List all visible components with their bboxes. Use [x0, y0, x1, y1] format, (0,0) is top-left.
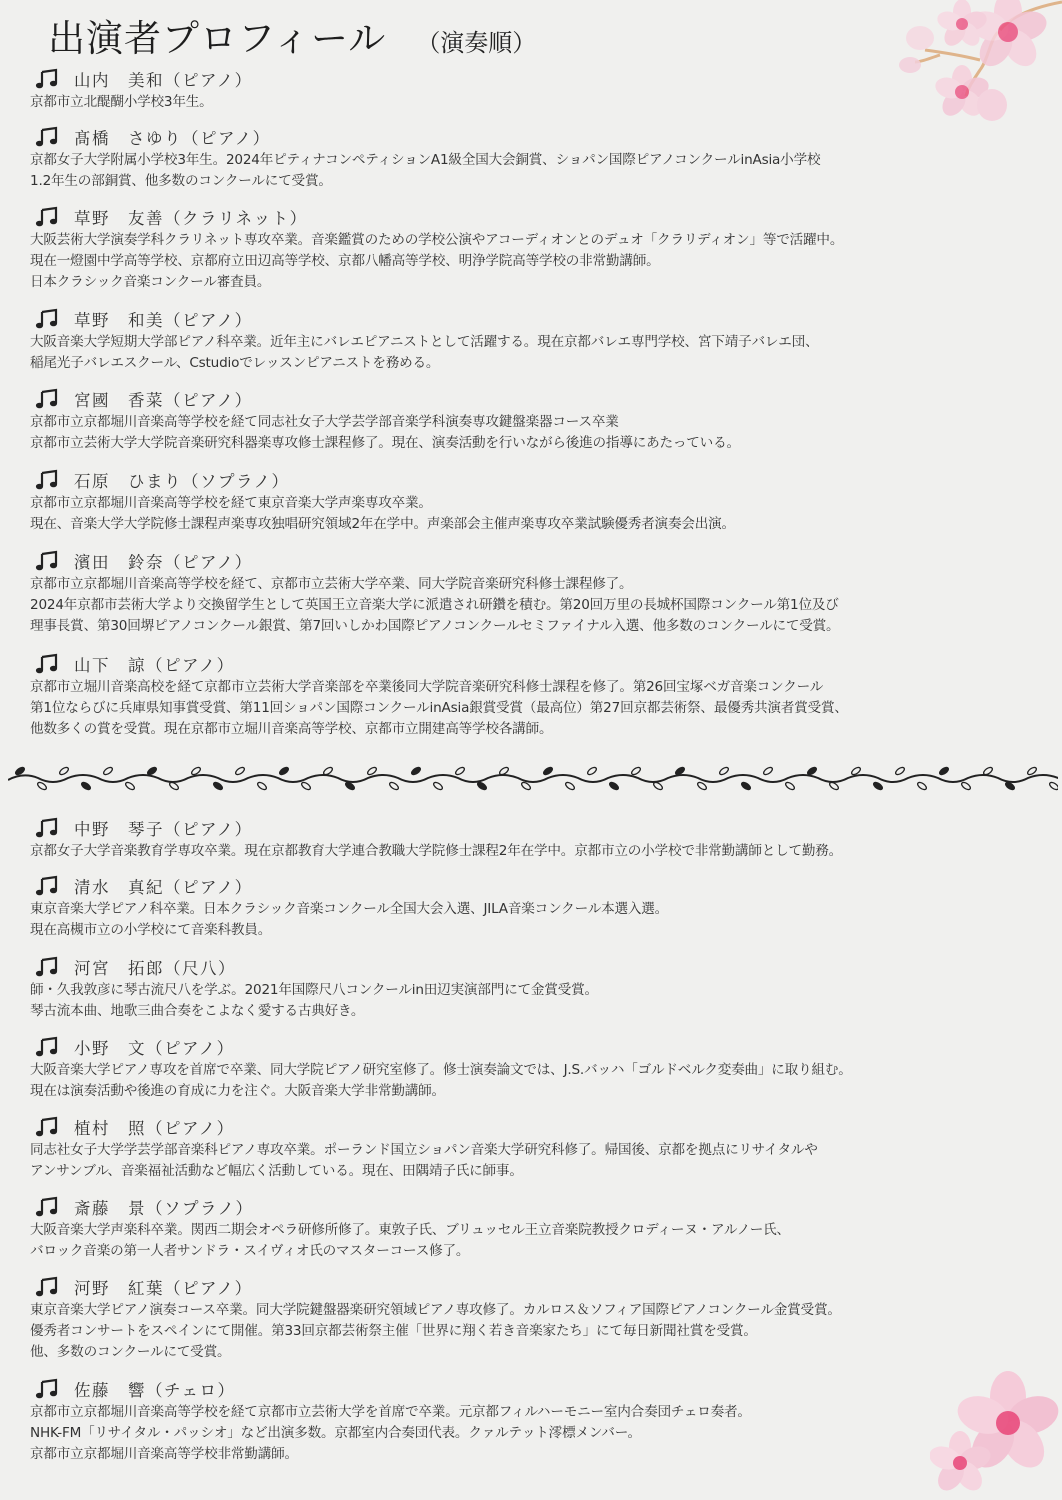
performer-entry: 河宮 拓郎（尺八）師・久我敦彦に琴古流尺八を学ぶ。2021年国際尺八コンクールi…: [30, 954, 1054, 1022]
performer-entry: 髙橋 さゆり（ピアノ）京都女子大学附属小学校3年生。2024年ピティナコンペティ…: [30, 124, 1054, 192]
bio-line: 大阪音楽大学声楽科卒業。関西二期会オペラ研修所修了。東敦子氏、ブリュッセル王立音…: [30, 1220, 1054, 1241]
performer-name: 小野 文（ピアノ）: [74, 1035, 235, 1059]
bio-line: 京都市立堀川音楽高校を経て京都市立芸術大学音楽部を卒業後同大学院音楽研究科修士課…: [30, 677, 1054, 698]
bio-line: NHK-FM「リサイタル・パッシオ」など出演多数。京都室内合奏団代表。クァルテッ…: [30, 1423, 1054, 1444]
bio-line: 京都市立北醍醐小学校3年生。: [30, 92, 1054, 113]
bio-line: 1.2年生の部銅賞、他多数のコンクールにて受賞。: [30, 171, 1054, 192]
performer-bio: 京都市立京都堀川音楽高等学校を経て京都市立芸術大学を首席で卒業。元京都フィルハー…: [30, 1402, 1054, 1465]
performer-header: 清水 真紀（ピアノ）: [30, 873, 1054, 899]
performer-name: 河野 紅葉（ピアノ）: [74, 1275, 253, 1299]
performer-entry: 植村 照（ピアノ）同志社女子大学学芸学部音楽科ピアノ専攻卒業。ポーランド国立ショ…: [30, 1114, 1054, 1182]
music-note-icon: [34, 68, 60, 90]
performer-header: 佐藤 響（チェロ）: [30, 1376, 1054, 1402]
profile-page: 出演者プロフィール （演奏順） 山内 美和（ピアノ）京都市立北醍醐小学校3年生。…: [0, 0, 1062, 1500]
performer-header: 草野 和美（ピアノ）: [30, 306, 1054, 332]
bio-line: バロック音楽の第一人者サンドラ・スイヴィオ氏のマスターコース修了。: [30, 1241, 1054, 1262]
bio-line: 他、多数のコンクールにて受賞。: [30, 1342, 1054, 1363]
music-note-icon: [34, 1378, 60, 1400]
music-note-icon: [34, 956, 60, 978]
performer-entry: 斎藤 景（ソプラノ）大阪音楽大学声楽科卒業。関西二期会オペラ研修所修了。東敦子氏…: [30, 1194, 1054, 1262]
performer-name: 清水 真紀（ピアノ）: [74, 874, 253, 898]
performer-name: 山内 美和（ピアノ）: [74, 67, 253, 91]
bio-line: 京都市立京都堀川音楽高等学校を経て同志社女子大学芸学部音楽学科演奏専攻鍵盤楽器コ…: [30, 412, 1054, 433]
performer-name: 石原 ひまり（ソプラノ）: [74, 468, 290, 492]
performer-bio: 京都市立北醍醐小学校3年生。: [30, 92, 1054, 113]
performer-header: 河宮 拓郎（尺八）: [30, 954, 1054, 980]
bio-line: 現在高槻市立の小学校にて音楽科教員。: [30, 920, 1054, 941]
performer-bio: 大阪芸術大学演奏学科クラリネット専攻卒業。音楽鑑賞のための学校公演やアコーディオ…: [30, 230, 1054, 293]
performer-header: 斎藤 景（ソプラノ）: [30, 1194, 1054, 1220]
performer-entry: 草野 和美（ピアノ）大阪音楽大学短期大学部ピアノ科卒業。近年主にバレエピアニスト…: [30, 306, 1054, 374]
performer-header: 宮國 香菜（ピアノ）: [30, 386, 1054, 412]
performer-entry: 山内 美和（ピアノ）京都市立北醍醐小学校3年生。: [30, 66, 1054, 113]
music-note-icon: [34, 388, 60, 410]
bio-line: 京都市立京都堀川音楽高等学校を経て京都市立芸術大学を首席で卒業。元京都フィルハー…: [30, 1402, 1054, 1423]
bio-line: 京都女子大学音楽教育学専攻卒業。現在京都教育大学連合教職大学院修士課程2年在学中…: [30, 841, 1054, 862]
performer-entry: 石原 ひまり（ソプラノ）京都市立京都堀川音楽高等学校を経て東京音楽大学声楽専攻卒…: [30, 467, 1054, 535]
performer-name: 髙橋 さゆり（ピアノ）: [74, 125, 271, 149]
bio-line: 師・久我敦彦に琴古流尺八を学ぶ。2021年国際尺八コンクールin田辺実演部門にて…: [30, 980, 1054, 1001]
performer-bio: 東京音楽大学ピアノ科卒業。日本クラシック音楽コンクール全国大会入選、JILA音楽…: [30, 899, 1054, 941]
bio-line: 現在は演奏活動や後進の育成に力を注ぐ。大阪音楽大学非常勤講師。: [30, 1081, 1054, 1102]
performer-entry: 草野 友善（クラリネット）大阪芸術大学演奏学科クラリネット専攻卒業。音楽鑑賞のた…: [30, 204, 1054, 293]
performer-bio: 大阪音楽大学声楽科卒業。関西二期会オペラ研修所修了。東敦子氏、ブリュッセル王立音…: [30, 1220, 1054, 1262]
bio-line: 2024年京都市芸術大学より交換留学生として英国王立音楽大学に派遣され研鑽を積む…: [30, 595, 1054, 616]
performer-entry: 濱田 鈴奈（ピアノ）京都市立京都堀川音楽高等学校を経て、京都市立芸術大学卒業、同…: [30, 548, 1054, 637]
performer-entry: 宮國 香菜（ピアノ）京都市立京都堀川音楽高等学校を経て同志社女子大学芸学部音楽学…: [30, 386, 1054, 454]
bio-line: アンサンブル、音楽福祉活動など幅広く活動している。現在、田隅靖子氏に師事。: [30, 1161, 1054, 1182]
performer-header: 髙橋 さゆり（ピアノ）: [30, 124, 1054, 150]
performer-entry: 中野 琴子（ピアノ）京都女子大学音楽教育学専攻卒業。現在京都教育大学連合教職大学…: [30, 815, 1054, 862]
bio-line: 大阪音楽大学短期大学部ピアノ科卒業。近年主にバレエピアニストとして活躍する。現在…: [30, 332, 1054, 353]
bio-line: 東京音楽大学ピアノ科卒業。日本クラシック音楽コンクール全国大会入選、JILA音楽…: [30, 899, 1054, 920]
music-note-icon: [34, 126, 60, 148]
bio-line: 第1位ならびに兵庫県知事賞受賞、第11回ショパン国際コンクールinAsia銀賞受…: [30, 698, 1054, 719]
music-note-icon: [34, 875, 60, 897]
bio-line: 日本クラシック音楽コンクール審査員。: [30, 272, 1054, 293]
performer-header: 山下 諒（ピアノ）: [30, 651, 1054, 677]
bio-line: 京都市立芸術大学大学院音楽研究科器楽専攻修士課程修了。現在、演奏活動を行いながら…: [30, 433, 1054, 454]
performer-bio: 大阪音楽大学短期大学部ピアノ科卒業。近年主にバレエピアニストとして活躍する。現在…: [30, 332, 1054, 374]
performer-header: 草野 友善（クラリネット）: [30, 204, 1054, 230]
performer-entry: 山下 諒（ピアノ）京都市立堀川音楽高校を経て京都市立芸術大学音楽部を卒業後同大学…: [30, 651, 1054, 740]
bio-line: 稲尾光子バレエスクール、Cstudioでレッスンピアニストを務める。: [30, 353, 1054, 374]
bio-line: 京都市立京都堀川音楽高等学校非常勤講師。: [30, 1444, 1054, 1465]
performer-header: 中野 琴子（ピアノ）: [30, 815, 1054, 841]
bio-line: 大阪芸術大学演奏学科クラリネット専攻卒業。音楽鑑賞のための学校公演やアコーディオ…: [30, 230, 1054, 251]
bio-line: 理事長賞、第30回堺ピアノコンクール銀賞、第7回いしかわ国際ピアノコンクールセミ…: [30, 616, 1054, 637]
bio-line: 他数多くの賞を受賞。現在京都市立堀川音楽高等学校、京都市立開建高等学校各講師。: [30, 719, 1054, 740]
bio-line: 優秀者コンサートをスペインにて開催。第33回京都芸術祭主催「世界に翔く若き音楽家…: [30, 1321, 1054, 1342]
performer-name: 濱田 鈴奈（ピアノ）: [74, 549, 253, 573]
performer-header: 石原 ひまり（ソプラノ）: [30, 467, 1054, 493]
performer-header: 植村 照（ピアノ）: [30, 1114, 1054, 1140]
bio-line: 琴古流本曲、地歌三曲合奏をこよなく愛する古典好き。: [30, 1001, 1054, 1022]
music-note-icon: [34, 653, 60, 675]
performer-name: 山下 諒（ピアノ）: [74, 652, 235, 676]
performer-bio: 京都市立京都堀川音楽高等学校を経て東京音楽大学声楽専攻卒業。現在、音楽大学大学院…: [30, 493, 1054, 535]
bio-line: 京都女子大学附属小学校3年生。2024年ピティナコンペティションA1級全国大会銅…: [30, 150, 1054, 171]
page-subtitle: （演奏順）: [416, 23, 536, 58]
bio-line: 東京音楽大学ピアノ演奏コース卒業。同大学院鍵盤器楽研究領域ピアノ専攻修了。カルロ…: [30, 1300, 1054, 1321]
performer-bio: 京都女子大学附属小学校3年生。2024年ピティナコンペティションA1級全国大会銅…: [30, 150, 1054, 192]
music-note-icon: [34, 817, 60, 839]
music-note-icon: [34, 1036, 60, 1058]
performer-bio: 大阪音楽大学ピアノ専攻を首席で卒業、同大学院ピアノ研究室修了。修士演奏論文では、…: [30, 1060, 1054, 1102]
performer-entry: 小野 文（ピアノ）大阪音楽大学ピアノ専攻を首席で卒業、同大学院ピアノ研究室修了。…: [30, 1034, 1054, 1102]
performer-name: 宮國 香菜（ピアノ）: [74, 387, 253, 411]
performer-bio: 京都女子大学音楽教育学専攻卒業。現在京都教育大学連合教職大学院修士課程2年在学中…: [30, 841, 1054, 862]
performer-bio: 師・久我敦彦に琴古流尺八を学ぶ。2021年国際尺八コンクールin田辺実演部門にて…: [30, 980, 1054, 1022]
performer-bio: 東京音楽大学ピアノ演奏コース卒業。同大学院鍵盤器楽研究領域ピアノ専攻修了。カルロ…: [30, 1300, 1054, 1363]
performer-entry: 佐藤 響（チェロ）京都市立京都堀川音楽高等学校を経て京都市立芸術大学を首席で卒業…: [30, 1376, 1054, 1465]
performer-entry: 清水 真紀（ピアノ）東京音楽大学ピアノ科卒業。日本クラシック音楽コンクール全国大…: [30, 873, 1054, 941]
performer-name: 佐藤 響（チェロ）: [74, 1377, 236, 1401]
performer-bio: 京都市立京都堀川音楽高等学校を経て同志社女子大学芸学部音楽学科演奏専攻鍵盤楽器コ…: [30, 412, 1054, 454]
bio-line: 現在一燈園中学高等学校、京都府立田辺高等学校、京都八幡高等学校、明浄学院高等学校…: [30, 251, 1054, 272]
performer-header: 濱田 鈴奈（ピアノ）: [30, 548, 1054, 574]
performer-name: 河宮 拓郎（尺八）: [74, 955, 236, 979]
music-note-icon: [34, 1196, 60, 1218]
performer-entry: 河野 紅葉（ピアノ）東京音楽大学ピアノ演奏コース卒業。同大学院鍵盤器楽研究領域ピ…: [30, 1274, 1054, 1363]
bio-line: 京都市立京都堀川音楽高等学校を経て東京音楽大学声楽専攻卒業。: [30, 493, 1054, 514]
music-note-icon: [34, 1116, 60, 1138]
performer-name: 植村 照（ピアノ）: [74, 1115, 235, 1139]
performer-header: 小野 文（ピアノ）: [30, 1034, 1054, 1060]
performer-name: 草野 和美（ピアノ）: [74, 307, 253, 331]
performer-bio: 同志社女子大学学芸学部音楽科ピアノ専攻卒業。ポーランド国立ショパン音楽大学研究科…: [30, 1140, 1054, 1182]
leaf-vine-divider-icon: [8, 762, 1058, 794]
bio-line: 現在、音楽大学大学院修士課程声楽専攻独唱研究領域2年在学中。声楽部会主催声楽専攻…: [30, 514, 1054, 535]
performer-name: 草野 友善（クラリネット）: [74, 205, 308, 229]
music-note-icon: [34, 550, 60, 572]
performer-header: 山内 美和（ピアノ）: [30, 66, 1054, 92]
performer-bio: 京都市立堀川音楽高校を経て京都市立芸術大学音楽部を卒業後同大学院音楽研究科修士課…: [30, 677, 1054, 740]
performer-bio: 京都市立京都堀川音楽高等学校を経て、京都市立芸術大学卒業、同大学院音楽研究科修士…: [30, 574, 1054, 637]
music-note-icon: [34, 206, 60, 228]
header: 出演者プロフィール （演奏順）: [48, 8, 536, 62]
music-note-icon: [34, 469, 60, 491]
bio-line: 大阪音楽大学ピアノ専攻を首席で卒業、同大学院ピアノ研究室修了。修士演奏論文では、…: [30, 1060, 1054, 1081]
page-title: 出演者プロフィール: [48, 8, 386, 62]
performer-name: 中野 琴子（ピアノ）: [74, 816, 253, 840]
performer-header: 河野 紅葉（ピアノ）: [30, 1274, 1054, 1300]
music-note-icon: [34, 308, 60, 330]
music-note-icon: [34, 1276, 60, 1298]
bio-line: 京都市立京都堀川音楽高等学校を経て、京都市立芸術大学卒業、同大学院音楽研究科修士…: [30, 574, 1054, 595]
bio-line: 同志社女子大学学芸学部音楽科ピアノ専攻卒業。ポーランド国立ショパン音楽大学研究科…: [30, 1140, 1054, 1161]
performer-name: 斎藤 景（ソプラノ）: [74, 1195, 254, 1219]
